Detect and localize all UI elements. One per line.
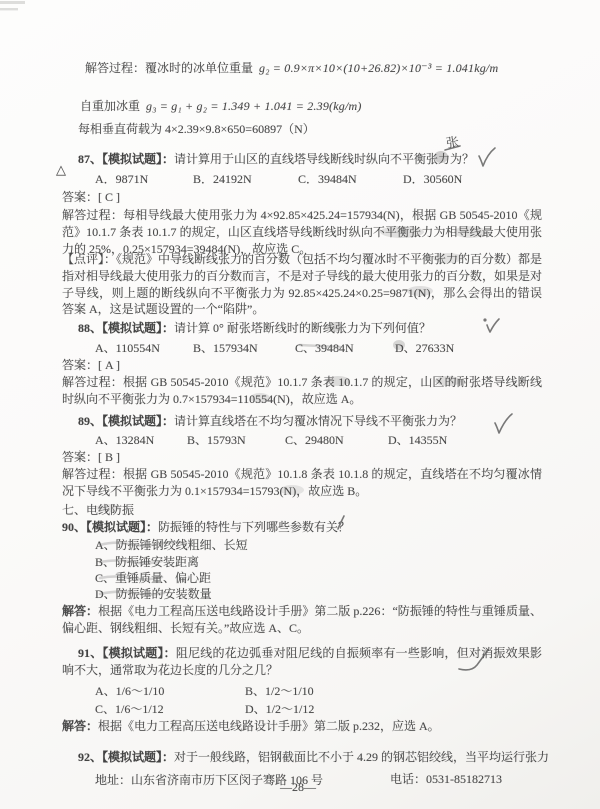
q87-solution: 解答过程：每相导线最大使用张力为 4×92.85×425.24=157934(N… (62, 207, 542, 257)
q89-number: 89、 (78, 414, 102, 428)
q90-solution-text: 根据《电力工程高压送电线路设计手册》第二版 p.226：“防振锤的特性与重锤质量… (62, 604, 542, 635)
q90-option-b: B、防振锤安装距离 (95, 554, 199, 570)
q92-number: 92、 (78, 750, 102, 764)
scan-artifact-dash (0, 8, 18, 10)
handwritten-triangle-mark: △ (56, 163, 66, 178)
q91-number: 91、 (78, 646, 102, 660)
q88-title-line: 88、【模拟试题】：请计算 0° 耐张塔断线时的断线张力为下列何值？ (78, 320, 431, 336)
q91-solution-text: 根据《电力工程高压送电线路设计手册》第二版 p.232，应选 A。 (98, 719, 440, 733)
q87-option-b: B．24192N (193, 170, 252, 187)
q89-option-b: B、15793N (187, 431, 246, 448)
q87-option-c: C．39484N (298, 170, 357, 187)
q91-title-para: 91、【模拟试题】：阻尼线的花边弧垂对阻尼线的自振频率有一些影响，但对消振效果影… (62, 645, 542, 679)
q92-title-line: 92、【模拟试题】：对于一般线路，铝钢截面比不小于 4.29 的钢芯铝绞线，当平… (78, 749, 549, 765)
checkmark-icon (487, 319, 499, 332)
q91-option-d: D、1/2～1/12 (245, 700, 314, 717)
q88-solution: 解答过程：根据 GB 50545-2010《规范》10.1.7 条表 10.1.… (62, 374, 542, 408)
q88-number: 88、 (78, 321, 102, 335)
q89-solution: 解答过程：根据 GB 50545-2010《规范》10.1.8 条表 10.1.… (62, 466, 542, 500)
footer-phone: 电话：0531-85182713 (390, 771, 502, 787)
q88-option-b: B、157934N (193, 339, 258, 356)
q87-number: 87、 (78, 152, 102, 166)
pen-dot (484, 319, 486, 321)
q91-option-a: A、1/6～1/10 (95, 682, 164, 699)
prev-solution-line1: 解答过程：覆冰时的冰单位重量g₂ = 0.9×π×10×(10+26.82)×1… (85, 60, 498, 76)
prev-solution-line2: 自重加冰重g₃ = g₁ + g₂ = 1.349 + 1.041 = 2.39… (80, 98, 362, 114)
q91-solution-label: 解答： (62, 719, 98, 733)
q90-solution-label: 解答： (62, 604, 98, 618)
checkmark-icon (495, 414, 512, 433)
q90-number: 90、 (62, 520, 86, 534)
q87-tag: 【模拟试题】： (102, 152, 174, 166)
q89-option-c: C、29480N (285, 431, 344, 448)
q87-option-a: A．9871N (95, 170, 148, 187)
q91-option-c: C、1/6～1/12 (95, 700, 164, 717)
q90-tag: 【模拟试题】： (86, 520, 158, 534)
formula-self-plus-ice-weight: g₃ = g₁ + g₂ = 1.349 + 1.041 = 2.39(kg/m… (146, 99, 362, 113)
prev-solution-line2-label: 自重加冰重 (80, 99, 140, 113)
handwritten-char-correction: 张 (445, 135, 460, 152)
formula-ice-unit-weight: g₂ = 0.9×π×10×(10+26.82)×10⁻³ = 1.041kg/… (259, 61, 498, 75)
q91-tag: 【模拟试题】： (102, 646, 175, 660)
q87-title: 请计算用于山区的直线塔导线断线时纵向不平衡张力为？ (174, 152, 474, 166)
q89-answer: 答案：[ B ] (62, 449, 120, 465)
prev-solution-line3: 每相垂直荷载为 4×2.39×9.8×650=60897（N） (78, 121, 315, 137)
q90-title: 防振锤的特性与下列哪些参数有关？ (158, 520, 350, 534)
handwritten-strike (445, 146, 460, 150)
q87-option-d: D．30560N (403, 170, 462, 187)
q92-title: 对于一般线路，铝钢截面比不小于 4.29 的钢芯铝绞线，当平均运行张力 (174, 750, 549, 764)
scanned-exam-page: 解答过程：覆冰时的冰单位重量g₂ = 0.9×π×10×(10+26.82)×1… (0, 0, 600, 809)
section-7-heading: 七、电线防振 (62, 502, 134, 518)
q88-option-d: D、27633N (395, 339, 454, 356)
q91-solution: 解答：根据《电力工程高压送电线路设计手册》第二版 p.232，应选 A。 (62, 718, 440, 734)
q88-answer: 答案：[ A ] (62, 357, 120, 373)
q89-title: 请计算直线塔在不均匀覆冰情况下导线不平衡张力为？ (174, 414, 462, 428)
q90-solution: 解答：根据《电力工程高压送电线路设计手册》第二版 p.226：“防振锤的特性与重… (62, 603, 542, 637)
q90-option-a: A、防振锤钢绞线粗细、长短 (95, 537, 248, 553)
q91-option-b: B、1/2～1/10 (245, 682, 314, 699)
q90-option-c: C、重锤质量、偏心距 (95, 570, 211, 586)
q87-title-line: 87、【模拟试题】：请计算用于山区的直线塔导线断线时纵向不平衡张力为？ (78, 151, 474, 167)
q88-tag: 【模拟试题】： (102, 321, 174, 335)
checkmark-icon (479, 148, 495, 166)
q90-option-d: D、防振锤的安装数量 (95, 586, 212, 602)
scan-artifact-dash (0, 1, 25, 4)
q88-option-c: C、39484N (295, 339, 354, 356)
q87-comment: 【点评】：《规范》中导线断线张力的百分数（包括不均匀覆冰时不平衡张力的百分数）都… (62, 251, 542, 318)
q89-title-line: 89、【模拟试题】：请计算直线塔在不均匀覆冰情况下导线不平衡张力为？ (78, 413, 462, 429)
q88-title: 请计算 0° 耐张塔断线时的断线张力为下列何值？ (174, 321, 431, 335)
q89-option-d: D、14355N (388, 431, 447, 448)
q92-tag: 【模拟试题】： (102, 750, 174, 764)
q87-answer: 答案：[ C ] (62, 189, 120, 205)
footer-page-number: —28— (280, 779, 316, 795)
prev-solution-line1-label: 解答过程：覆冰时的冰单位重量 (85, 61, 253, 75)
q90-title-line: 90、【模拟试题】：防振锤的特性与下列哪些参数有关？ (62, 519, 350, 535)
q89-tag: 【模拟试题】： (102, 414, 174, 428)
q88-option-a: A、110554N (95, 339, 160, 356)
q89-option-a: A、13284N (95, 431, 154, 448)
